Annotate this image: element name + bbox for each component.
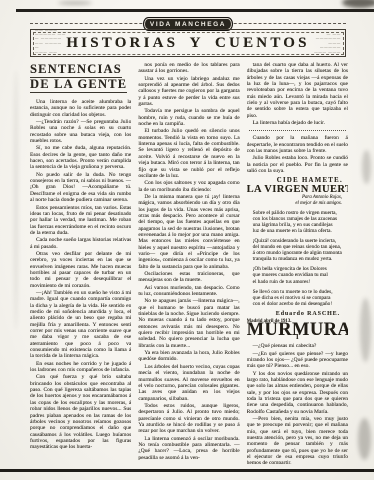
paragraph: El turbado Julio quedó en silencio unos … bbox=[138, 128, 239, 179]
scan-artifact bbox=[14, 70, 18, 330]
column-1-text: Una linterna de aceite alumbraba la esta… bbox=[30, 99, 131, 451]
poem-stanza: ¡Oh bella virgencita de los Doloresque m… bbox=[253, 266, 348, 284]
paragraph: La linterna había dejado de lucir. bbox=[247, 120, 348, 126]
paragraph: Sí, no me cabe duda, alguna reputación. … bbox=[30, 145, 131, 170]
column-1: SENTENCIAS DE LA GENTE Una linterna de a… bbox=[30, 62, 131, 464]
poem-line: luz de una muerte en la última oferta. bbox=[253, 228, 348, 234]
paragraph: nos ponía en medio de los tablares para … bbox=[138, 62, 239, 75]
poem-stanza: Se llevó con tu muerte no te lo dudes,qu… bbox=[253, 289, 348, 307]
paragraph: Con los ojos saltones y voz apagada como… bbox=[138, 180, 239, 193]
section-title-murmuracion: MURMURACIÓN bbox=[247, 327, 348, 333]
poem-dedication: Para Antonio Rojas, el mejor de mis amig… bbox=[247, 195, 342, 206]
paragraph: De la misma manera que tú ¡ay! linterna … bbox=[138, 194, 239, 270]
scan-artifact bbox=[362, 150, 371, 184]
article-columns: SENTENCIAS DE LA GENTE Una linterna de a… bbox=[30, 62, 348, 464]
fineprint-line: — —— —————— ——— bbox=[310, 32, 341, 45]
paragraph: Cada noche sueño largas historias relati… bbox=[30, 237, 131, 250]
fineprint-line: —— ——— ————— —— bbox=[35, 28, 66, 37]
poem-line: con el dolor acerbo de mi desengaño! bbox=[253, 301, 348, 307]
paragraph: Todavía me persigue la sombra de aquel h… bbox=[138, 108, 239, 127]
scan-artifact bbox=[342, 0, 374, 8]
fineprint-line: ————— ——— ——— bbox=[310, 45, 341, 54]
section-2-text: —¿Qué piensas mi cabecita?—¿En qué quier… bbox=[247, 343, 348, 464]
newspaper-page: VIDA MANCHEGA —— ——— ————— ——— ————— —— … bbox=[0, 0, 374, 480]
poem-stanza: Sobre el pálido rostro de virgen muerta,… bbox=[253, 210, 348, 234]
paragraph: —¿En qué quieres que piense? —y luego mi… bbox=[247, 351, 348, 370]
paragraph: En esas noches he corrido y he jugado á … bbox=[30, 361, 131, 374]
paragraph: —¿Tendrán razón? —Se preguntaba Julio Ro… bbox=[30, 119, 131, 144]
paragraph: —¡Ah! También en un sueño he visto á mi … bbox=[30, 290, 131, 360]
paragraph: La linterna comenzó á oscilar moribunda.… bbox=[138, 436, 239, 461]
dedication-line: el mejor de mis amigos. bbox=[247, 201, 342, 207]
paragraph: Estos pensamientos míos, tan varios. Est… bbox=[30, 205, 131, 237]
scan-artifact bbox=[358, 418, 371, 460]
scan-artifact bbox=[58, 1, 92, 5]
page-title: HISTORIAS Y CUENTOS bbox=[66, 35, 309, 52]
poem-line: Sobre el pálido rostro de virgen muerta, bbox=[253, 210, 348, 216]
bottom-rule bbox=[0, 469, 374, 472]
paragraph: Una vez un viejo labriego andaluz me sor… bbox=[138, 76, 239, 108]
fineprint-line: — ————— —— ———— — bbox=[35, 36, 66, 49]
paragraph: tana del cuarto que daba al huerto. Al v… bbox=[247, 62, 348, 119]
paragraph: Ya era bien avanzada la hora, Julio Robl… bbox=[138, 350, 239, 363]
poem-signature: Eduardo RASCHE. bbox=[247, 311, 340, 317]
paragraph: Todos estos ruidos, aunque ligeros, desp… bbox=[138, 403, 239, 435]
scan-artifact bbox=[360, 298, 371, 362]
poem-line: tranquila tu mudanza en mudez yerta. bbox=[253, 256, 348, 262]
story-signature: CIDE HAMETE. bbox=[247, 178, 343, 184]
paragraph: No te apagues jamás —linterna mágica—, q… bbox=[138, 298, 239, 349]
dotted-separator bbox=[249, 130, 346, 131]
masthead: VIDA MANCHEGA —— ——— ————— ——— ————— —— … bbox=[30, 17, 346, 58]
poem-line: el hado ruin de tus amores! bbox=[253, 279, 348, 285]
paragraph: Una linterna de aceite alumbraba la esta… bbox=[30, 99, 131, 118]
masthead-fineprint-left: —— ——— ————— ——— ————— —— ———— ———— —— —… bbox=[35, 28, 66, 59]
poem-line: con los blancos ramajes de las azucenas bbox=[253, 216, 348, 222]
paragraph: Y los dos novios quedáronse mirando un l… bbox=[247, 371, 348, 415]
masthead-fineprint-right: — —— —————— ———————— ——— ——— bbox=[310, 32, 341, 54]
paragraph: Cuando por la mañana fueron á despertarl… bbox=[247, 135, 348, 154]
top-rule bbox=[16, 9, 374, 12]
masthead-box: —— ——— ————— ——— ————— —— ———— ———— —— —… bbox=[30, 29, 346, 57]
column-3: tana del cuarto que daba al huerto. Al v… bbox=[247, 62, 348, 464]
article-heading-line1: SENTENCIAS bbox=[30, 63, 122, 78]
fineprint-line: ——— —— ————— —— bbox=[35, 50, 66, 59]
article-heading: SENTENCIAS DE LA GENTE bbox=[30, 63, 131, 93]
paragraph: Así vamos muriendo, tan despacio. Como t… bbox=[138, 285, 239, 298]
poem-stanza: ¡Quizá! considerando la suerte incierta,… bbox=[253, 238, 348, 262]
article-heading-line2: DE LA GENTE bbox=[30, 78, 127, 93]
paragraph: Los árboles del huerto vecino, cuyas cop… bbox=[138, 364, 239, 402]
paragraph: Con qué fuerza y qué brío saltaba brinca… bbox=[30, 374, 131, 450]
paragraph: Oscilaciones estas traicioneras, que men… bbox=[138, 271, 239, 284]
paragraph: No puedo salir de la duda. No tengo cons… bbox=[30, 172, 131, 204]
story-aftermath-text: Cuando por la mañana fueron á despertarl… bbox=[247, 135, 348, 174]
paragraph: Julio Robles estaba loco. Pronto se cund… bbox=[247, 155, 348, 174]
column-2-text: nos ponía en medio de los tablares para … bbox=[138, 62, 239, 461]
poem-title: LA VIRGEN MUERTA. bbox=[247, 187, 348, 193]
paragraph: Otras veo desfilar por delante de mi cer… bbox=[30, 251, 131, 289]
story-ending-text: tana del cuarto que daba al huerto. Al v… bbox=[247, 62, 348, 126]
paragraph: —Pero bien, nenita mía, veo muy justo qu… bbox=[247, 416, 348, 464]
paragraph: —¿Qué piensas mi cabecita? bbox=[247, 343, 348, 349]
column-2: nos ponía en medio de los tablares para … bbox=[138, 62, 239, 464]
